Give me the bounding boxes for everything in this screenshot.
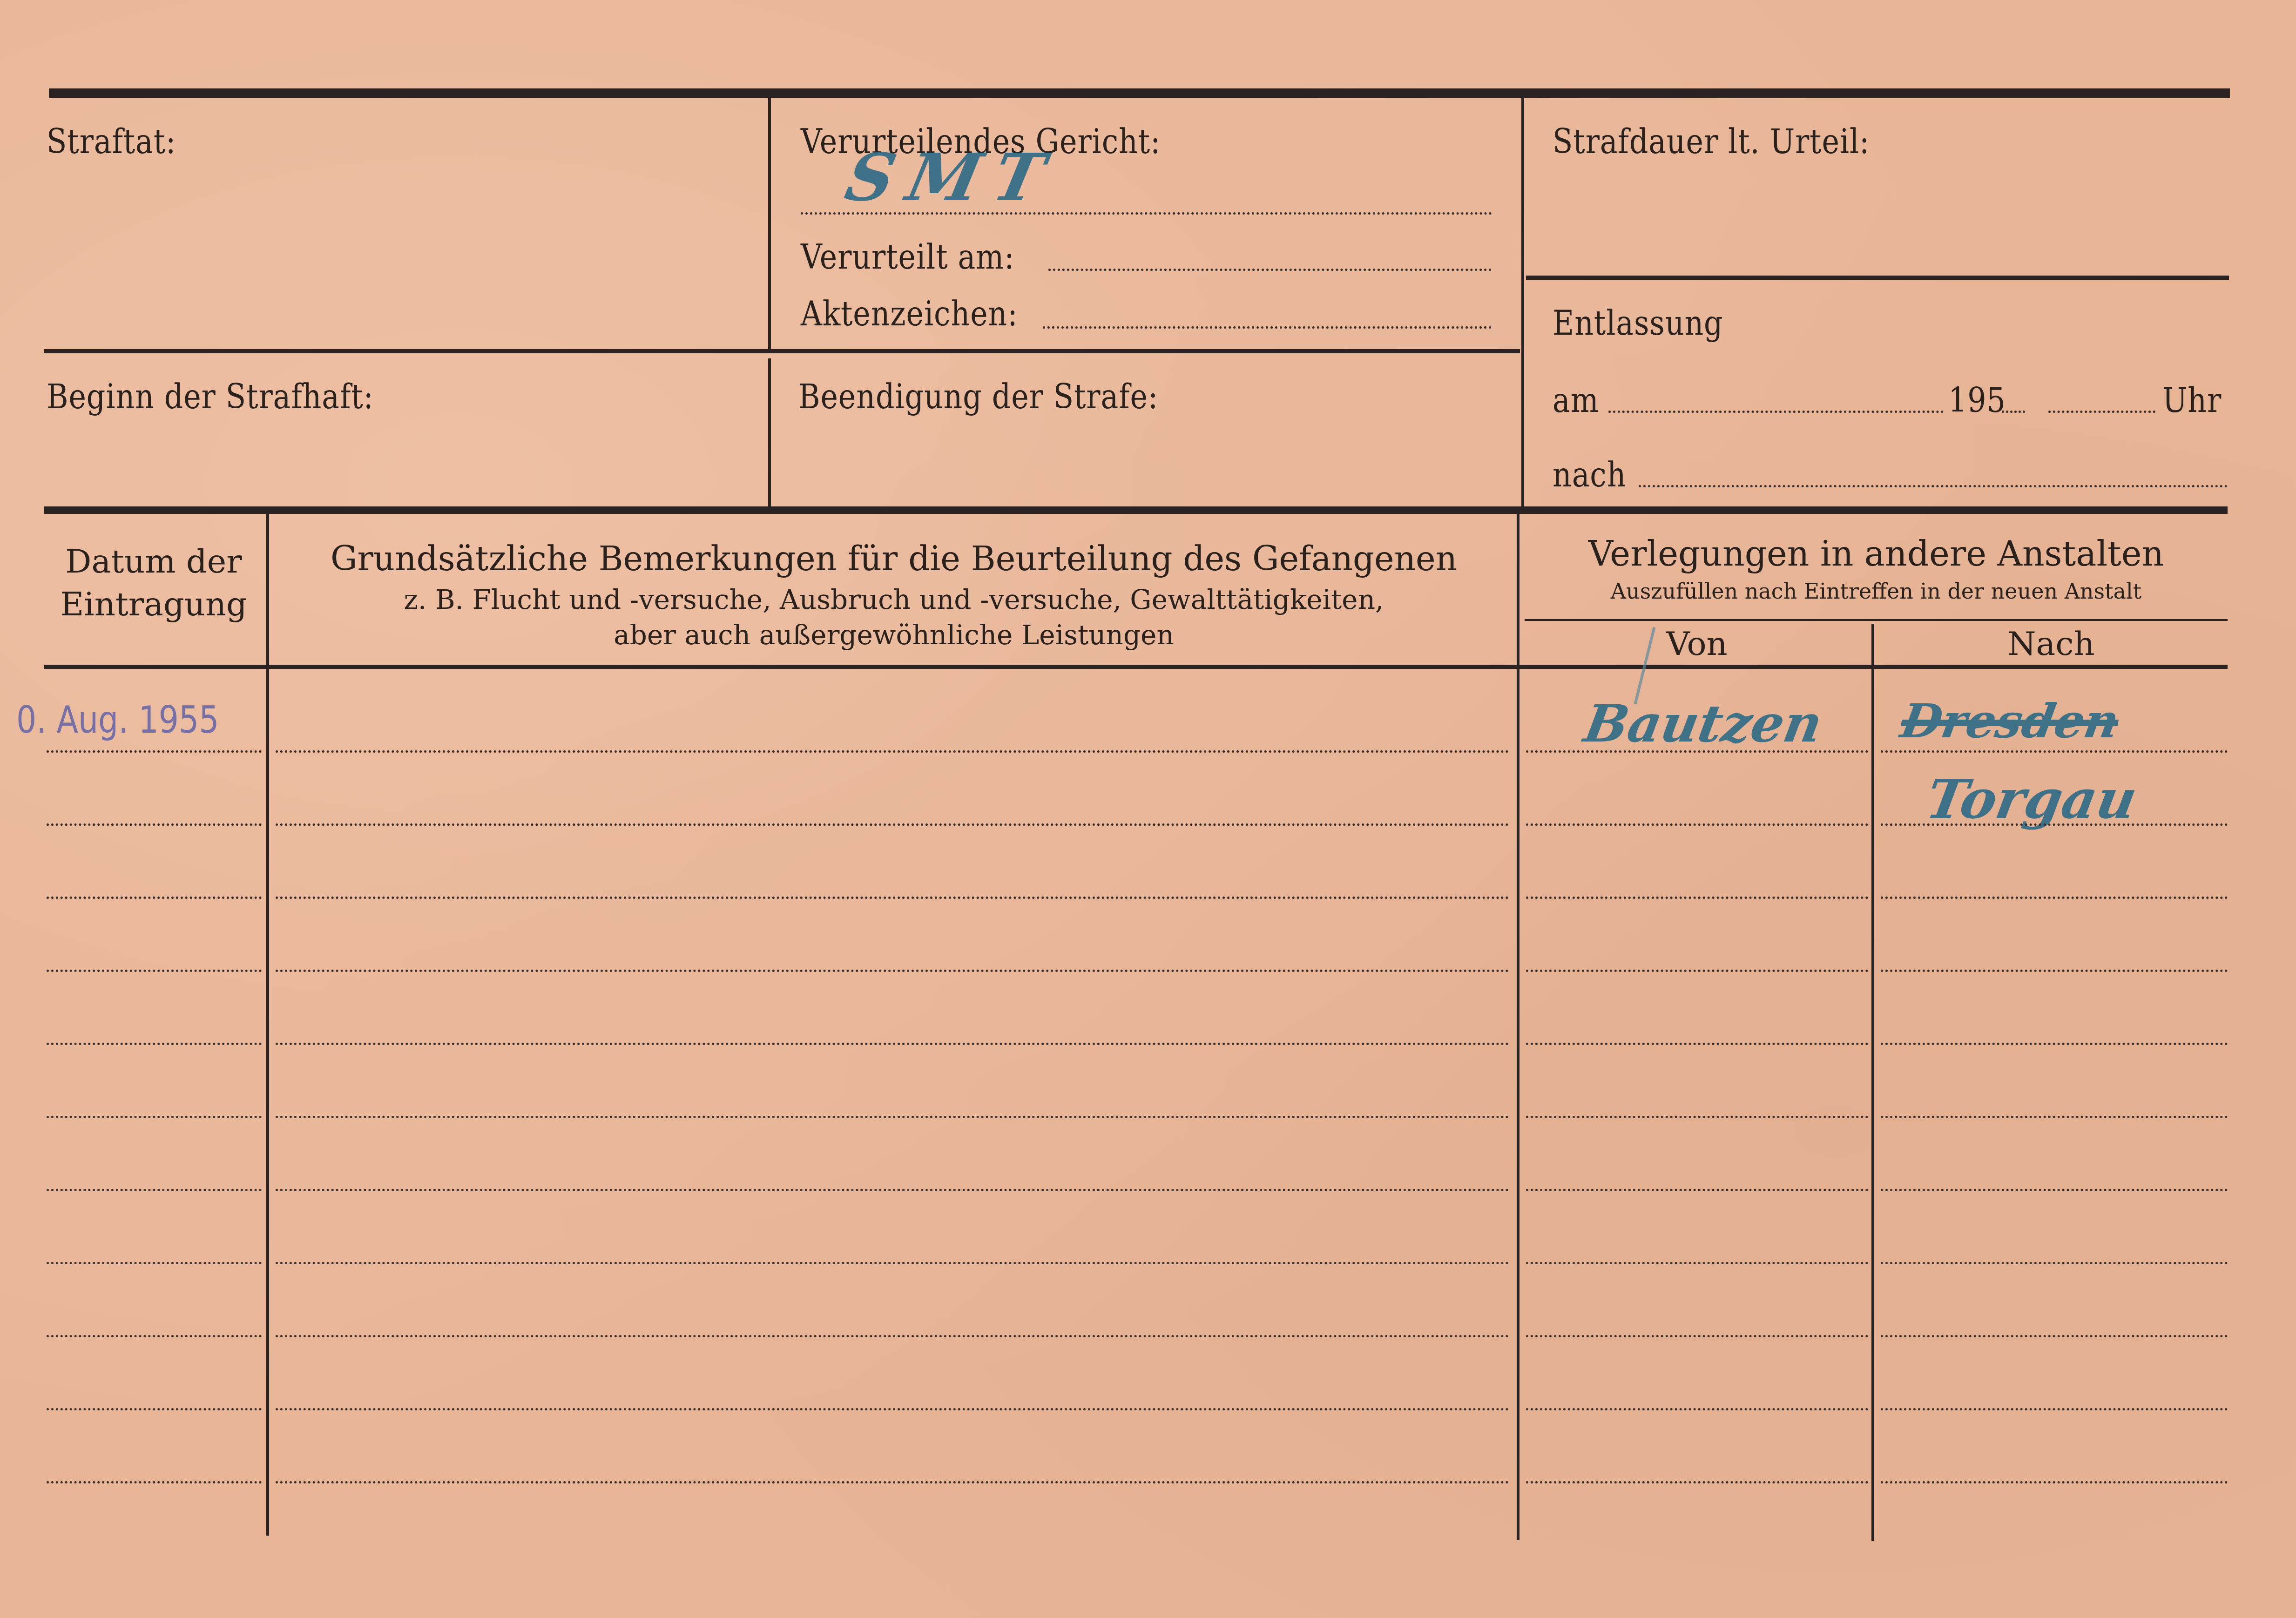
row-nach-field[interactable] bbox=[1881, 823, 2228, 826]
row-datum-field[interactable] bbox=[47, 1116, 262, 1118]
strafdauer-rule bbox=[1526, 276, 2229, 280]
header-datum-line1: Datum der bbox=[47, 540, 261, 583]
verurteilt-am-label: Verurteilt am: bbox=[801, 237, 1014, 276]
entlassung-nach-field[interactable] bbox=[1639, 485, 2228, 487]
beginn-field[interactable] bbox=[47, 419, 745, 503]
entlassung-time-field[interactable] bbox=[2048, 411, 2155, 413]
aktenzeichen-label: Aktenzeichen: bbox=[801, 294, 1018, 333]
row-bemerkung-field[interactable] bbox=[276, 970, 1509, 972]
row-nach-field[interactable] bbox=[1881, 897, 2228, 899]
header-verlegungen: Verlegungen in andere Anstalten Auszufül… bbox=[1522, 531, 2230, 605]
aktenzeichen-field[interactable] bbox=[1043, 326, 1492, 329]
row-datum-field[interactable] bbox=[47, 823, 262, 826]
row-von-field[interactable] bbox=[1526, 1335, 1868, 1337]
row-bemerkung-field[interactable] bbox=[276, 823, 1509, 826]
upper-divider-1b bbox=[768, 358, 771, 507]
row-von-field[interactable] bbox=[1526, 1408, 1868, 1410]
col-divider-von-nach bbox=[1871, 624, 1874, 1541]
header-bemerkungen-sub2: aber auch außergewöhnliche Leistungen bbox=[275, 617, 1513, 653]
header-verlegungen-title: Verlegungen in andere Anstalten bbox=[1522, 531, 2230, 577]
header-nach: Nach bbox=[1874, 625, 2228, 663]
beendigung-field[interactable] bbox=[798, 419, 1497, 503]
row-bemerkung-field[interactable] bbox=[276, 1116, 1509, 1118]
verlegungen-sub-rule bbox=[1525, 619, 2228, 621]
row-von-field[interactable] bbox=[1526, 1043, 1868, 1045]
row-datum-field[interactable] bbox=[47, 1335, 262, 1337]
strafdauer-field[interactable] bbox=[1553, 168, 2223, 265]
header-verlegungen-sub: Auszufüllen nach Eintreffen in der neuen… bbox=[1522, 577, 2230, 605]
entlassung-label: Entlassung bbox=[1553, 303, 1723, 343]
entlassung-nach-label: nach bbox=[1553, 455, 1626, 494]
entlassung-am-field[interactable] bbox=[1608, 411, 1944, 413]
row-bemerkung-field[interactable] bbox=[276, 750, 1509, 753]
row-datum-field[interactable] bbox=[47, 1481, 262, 1483]
top-rule bbox=[49, 88, 2230, 98]
row1-nach-struck-handwritten: Dresden bbox=[1897, 694, 2123, 748]
row-nach-field[interactable] bbox=[1881, 1189, 2228, 1191]
entlassung-uhr-label: Uhr bbox=[2162, 381, 2222, 420]
mid-rule-left bbox=[44, 349, 1520, 353]
header-bemerkungen-title: Grundsätzliche Bemerkungen für die Beurt… bbox=[275, 535, 1513, 582]
row-bemerkung-field[interactable] bbox=[276, 1481, 1509, 1483]
row1-datum-stamp: 0. Aug. 1955 bbox=[16, 698, 219, 742]
header-datum: Datum der Eintragung bbox=[47, 540, 261, 626]
row-nach-field[interactable] bbox=[1881, 1043, 2228, 1045]
straftat-label: Straftat: bbox=[47, 122, 176, 161]
row-datum-field[interactable] bbox=[47, 1189, 262, 1191]
row-von-field[interactable] bbox=[1526, 750, 1868, 753]
row-datum-field[interactable] bbox=[47, 897, 262, 899]
row1-datum-value: 0. Aug. 1955 bbox=[16, 698, 219, 742]
row-datum-field[interactable] bbox=[47, 750, 262, 753]
straftat-field[interactable] bbox=[47, 168, 745, 335]
row-nach-field[interactable] bbox=[1881, 1408, 2228, 1410]
row-bemerkung-field[interactable] bbox=[276, 1335, 1509, 1337]
row-von-field[interactable] bbox=[1526, 897, 1868, 899]
verurteilt-am-field[interactable] bbox=[1048, 269, 1492, 271]
row-nach-field[interactable] bbox=[1881, 750, 2228, 753]
row1-nach-handwritten: Torgau bbox=[1922, 768, 2141, 831]
strafdauer-label: Strafdauer lt. Urteil: bbox=[1553, 122, 1870, 161]
row-von-field[interactable] bbox=[1526, 1262, 1868, 1264]
row-bemerkung-field[interactable] bbox=[276, 1262, 1509, 1264]
row1-von-handwritten: Bautzen bbox=[1580, 694, 1827, 754]
gericht-dotted-line[interactable] bbox=[801, 212, 1492, 215]
row-datum-field[interactable] bbox=[47, 1043, 262, 1045]
gericht-value-handwritten: SMT bbox=[839, 140, 1065, 216]
row-von-field[interactable] bbox=[1526, 970, 1868, 972]
upper-divider-2 bbox=[1521, 98, 1524, 507]
row-bemerkung-field[interactable] bbox=[276, 897, 1509, 899]
row-bemerkung-field[interactable] bbox=[276, 1408, 1509, 1410]
row-bemerkung-field[interactable] bbox=[276, 1189, 1509, 1191]
beendigung-label: Beendigung der Strafe: bbox=[798, 377, 1158, 416]
entlassung-am-label: am bbox=[1553, 381, 1599, 420]
row-nach-field[interactable] bbox=[1881, 970, 2228, 972]
row-datum-field[interactable] bbox=[47, 970, 262, 972]
row-von-field[interactable] bbox=[1526, 1116, 1868, 1118]
header-bemerkungen: Grundsätzliche Bemerkungen für die Beurt… bbox=[275, 535, 1513, 653]
row-nach-field[interactable] bbox=[1881, 1262, 2228, 1264]
row-bemerkung-field[interactable] bbox=[276, 1043, 1509, 1045]
beginn-label: Beginn der Strafhaft: bbox=[47, 377, 374, 416]
upper-divider-1 bbox=[768, 98, 771, 349]
row-datum-field[interactable] bbox=[47, 1408, 262, 1410]
header-von: Von bbox=[1522, 625, 1871, 663]
entlassung-year-prefix: 195 bbox=[1948, 381, 2006, 420]
row-von-field[interactable] bbox=[1526, 1481, 1868, 1483]
entlassung-year-field[interactable] bbox=[2002, 411, 2025, 413]
header-bemerkungen-sub1: z. B. Flucht und -versuche, Ausbruch und… bbox=[275, 582, 1513, 617]
table-top-rule bbox=[44, 506, 2228, 514]
row-nach-field[interactable] bbox=[1881, 1335, 2228, 1337]
row-nach-field[interactable] bbox=[1881, 1481, 2228, 1483]
row-nach-field[interactable] bbox=[1881, 1116, 2228, 1118]
header-datum-line2: Eintragung bbox=[47, 583, 261, 626]
row-von-field[interactable] bbox=[1526, 823, 1868, 826]
table-header-rule bbox=[44, 665, 2228, 669]
row-datum-field[interactable] bbox=[47, 1262, 262, 1264]
row-von-field[interactable] bbox=[1526, 1189, 1868, 1191]
